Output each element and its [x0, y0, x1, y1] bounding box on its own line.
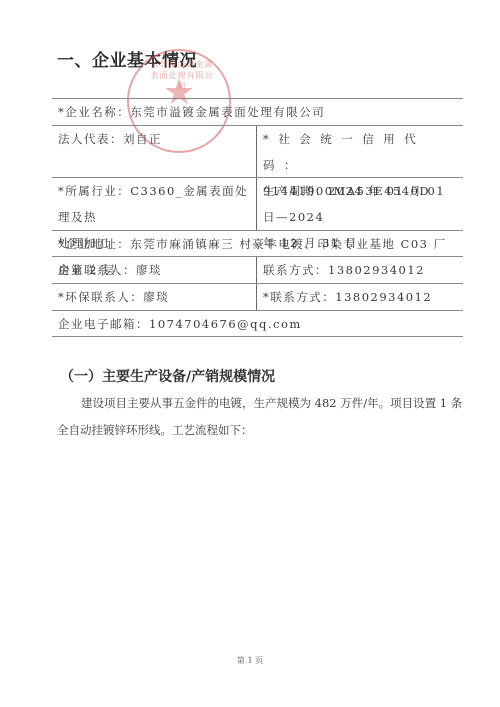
body-paragraph: 建设项目主要从事五金件的电镀，生产规模为 482 万件/年。项目设置 1 条全自…	[57, 390, 463, 444]
env-contact-person-cell: *环保联系人：廖琰	[52, 284, 257, 310]
industry-cell: *所属行业：C3360_金属表面处理及热 处理加工	[52, 178, 257, 230]
address-cell: *企业地址：东莞市麻涌镇麻三 村豪丰电镀、印染专业基地 C03 厂房第 2 层	[52, 231, 463, 256]
credit-code-label: *社会统一信用代码：	[263, 126, 457, 178]
legal-rep-cell: 法人代表：刘自正	[52, 126, 257, 177]
email-cell: 企业电子邮箱：1074704676@qq.com	[52, 311, 463, 336]
table-row-address: *企业地址：东莞市麻涌镇麻三 村豪丰电镀、印染专业基地 C03 厂房第 2 层	[52, 230, 463, 256]
production-period-cell: 生产周期：2024 年 01 月 01 日—2024 年 12 月 31 日	[257, 178, 463, 230]
industry-line-1: *所属行业：C3360_金属表面处理及热	[58, 178, 250, 230]
table-row-contact: 企业联系人：廖琰 联系方式：13802934012	[52, 256, 463, 283]
section-title: 一、企业基本情况	[57, 46, 197, 71]
credit-code-cell: *社会统一信用代码： 91441900MA53E4540D	[257, 126, 463, 177]
table-row-company-name: *企业名称：东莞市溢镀金属表面处理有限公司	[52, 98, 463, 125]
production-period-line-1: 生产周期：2024 年 01 月 01 日—2024	[263, 178, 457, 230]
company-name-cell: *企业名称：东莞市溢镀金属表面处理有限公司	[52, 99, 463, 125]
company-info-table: *企业名称：东莞市溢镀金属表面处理有限公司 法人代表：刘自正 *社会统一信用代码…	[52, 98, 463, 337]
table-row-legal-rep: 法人代表：刘自正 *社会统一信用代码： 91441900MA53E4540D	[52, 125, 463, 177]
contact-person-cell: 企业联系人：廖琰	[52, 257, 257, 283]
subsection-title: （一）主要生产设备/产销规模情况	[60, 366, 275, 386]
page-number: 第 1 页	[0, 655, 500, 666]
env-contact-phone-cell: *联系方式：13802934012	[257, 284, 463, 310]
table-row-env-contact: *环保联系人：廖琰 *联系方式：13802934012	[52, 283, 463, 310]
table-row-email: 企业电子邮箱：1074704676@qq.com	[52, 310, 463, 337]
table-row-industry: *所属行业：C3360_金属表面处理及热 处理加工 生产周期：2024 年 01…	[52, 177, 463, 230]
contact-phone-cell: 联系方式：13802934012	[257, 257, 463, 283]
document-page: 一、企业基本情况 东莞市溢镀金属表面处理有限公司 ★ *企业名称：东莞市溢镀金属…	[0, 0, 500, 707]
